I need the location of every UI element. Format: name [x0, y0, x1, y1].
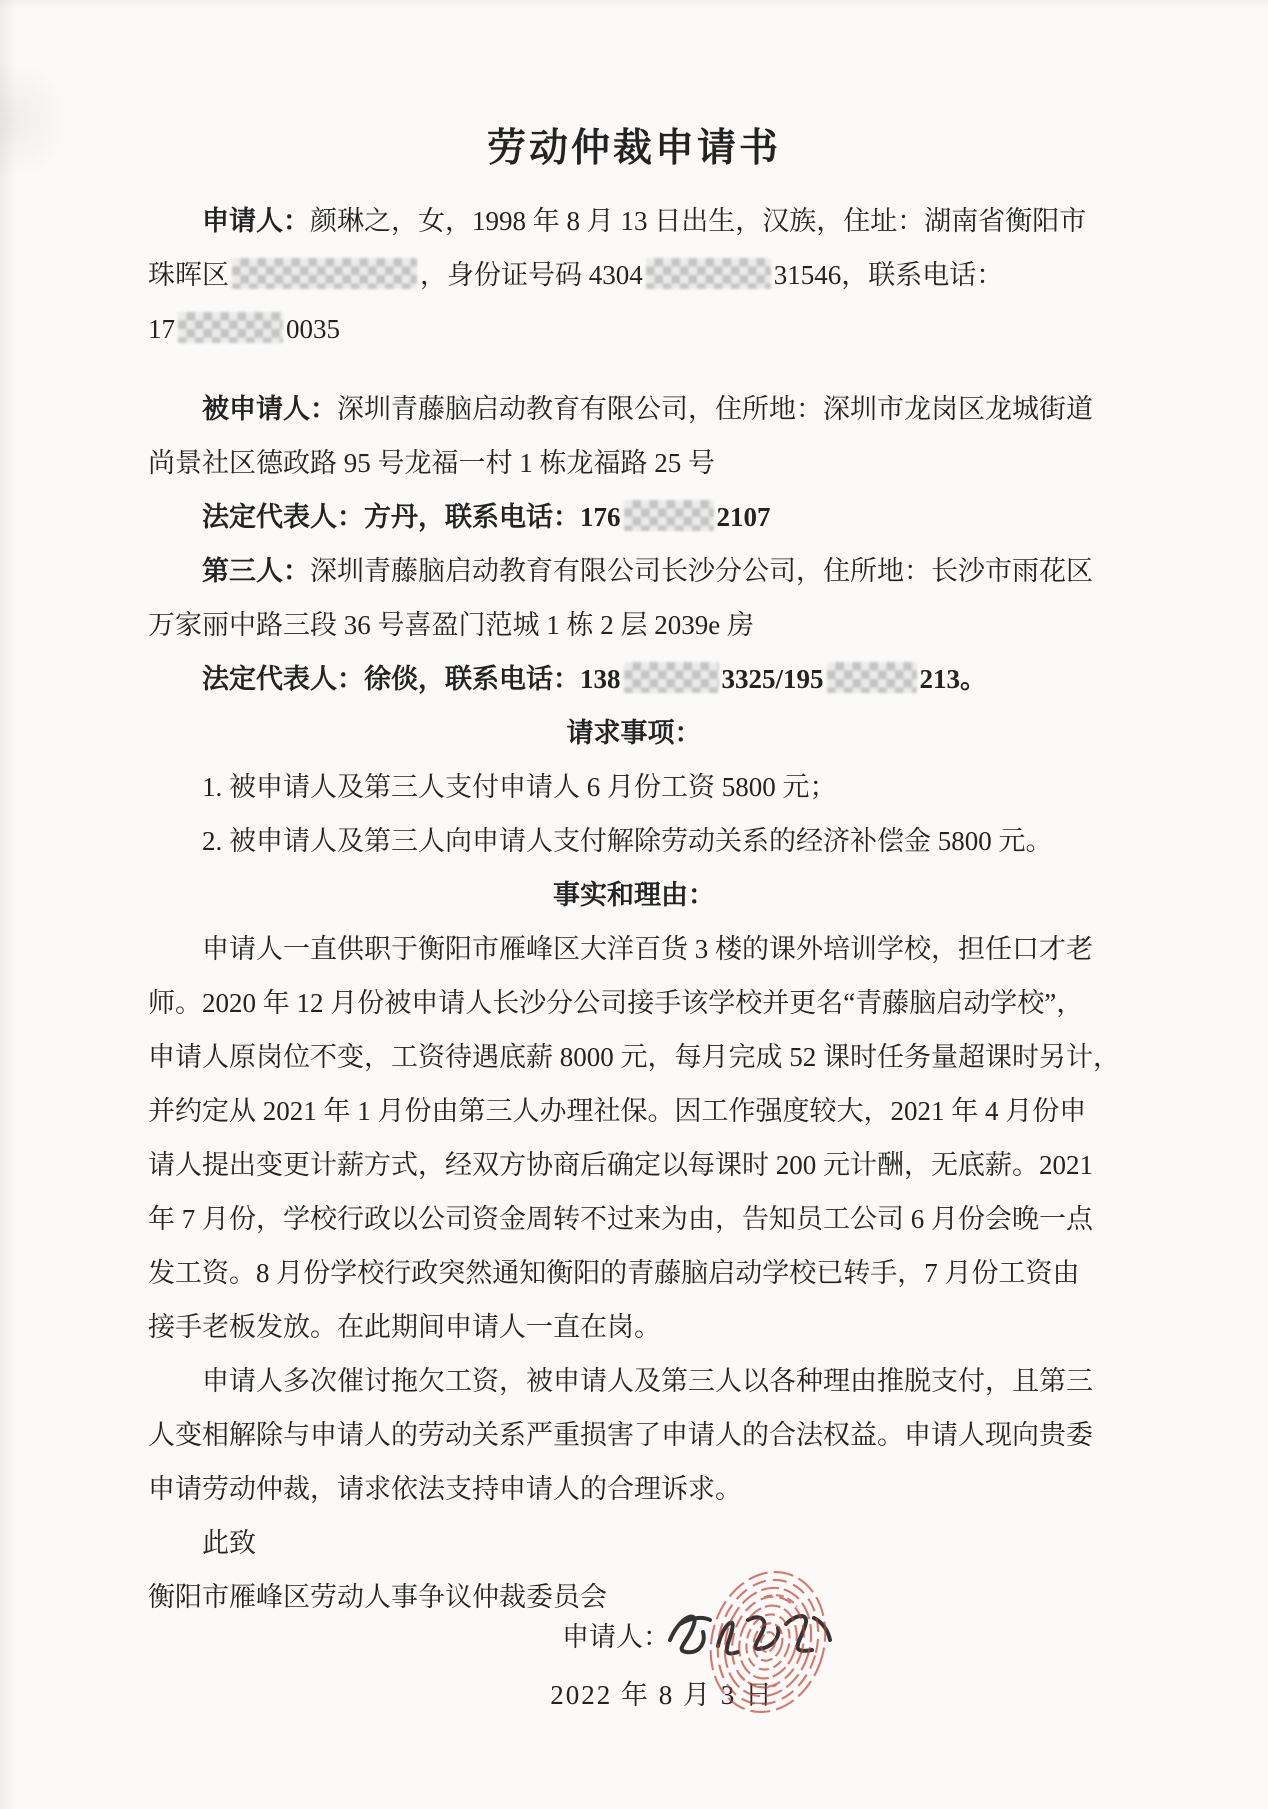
applicant-line-3: 170035 — [148, 302, 1120, 356]
applicant-district: 珠晖区 — [148, 260, 229, 290]
applicant-phone-suffix: 0035 — [286, 314, 340, 344]
facts-p2-line-2: 人变相解除与申请人的劳动关系严重损害了申请人的合法权益。申请人现向贵委 — [148, 1408, 1120, 1462]
applicant-id-prefix: ，身份证号码 4304 — [420, 260, 643, 290]
claim-item-1: 1. 被申请人及第三人支付申请人 6 月份工资 5800 元； — [148, 760, 1120, 814]
facts-p1-line-6: 年 7 月份，学校行政以公司资金周转不过来为由，告知员工公司 6 月份会晚一点 — [148, 1192, 1120, 1246]
respondent-info: 深圳青藤脑启动教育有限公司，住所地：深圳市龙岗区龙城街道 — [337, 394, 1093, 424]
facts-p1-line-5: 请人提出变更计薪方式，经双方协商后确定以每课时 200 元计酬，无底薪。2021 — [148, 1138, 1120, 1192]
third-party-line-2: 万家丽中路三段 36 号喜盈门范城 1 栋 2 层 2039e 房 — [148, 598, 1120, 652]
applicant-label: 申请人： — [202, 206, 310, 236]
third-party-representative-line: 法定代表人：徐倓，联系电话：1383325/195213。 — [148, 652, 1120, 706]
respondent-rep-info: 法定代表人：方丹，联系电话：176 — [202, 502, 621, 532]
facts-p2-line-1: 申请人多次催讨拖欠工资，被申请人及第三人以各种理由推脱支付，且第三 — [148, 1354, 1120, 1408]
third-party-rep-info: 法定代表人：徐倓，联系电话：138 — [202, 664, 621, 694]
signature-line: 申请人： — [148, 1602, 1120, 1667]
claims-heading: 请求事项： — [148, 706, 1120, 760]
redacted-id-block — [646, 258, 771, 289]
redacted-rep-phone-block — [624, 500, 714, 531]
applicant-line-2: 珠晖区，身份证号码 430431546，联系电话： — [148, 248, 1120, 302]
claim-item-2: 2. 被申请人及第三人向申请人支付解除劳动关系的经济补偿金 5800 元。 — [148, 814, 1120, 868]
third-party-info: 深圳青藤脑启动教育有限公司长沙分公司，住所地：长沙市雨花区 — [310, 556, 1093, 586]
applicant-info: 颜琳之，女，1998 年 8 月 13 日出生，汉族，住址：湖南省衡阳市 — [310, 206, 1086, 236]
respondent-label: 被申请人： — [202, 394, 337, 424]
salute-line: 此致 — [148, 1516, 1120, 1570]
facts-p1-line-1: 申请人一直供职于衡阳市雁峰区大洋百货 3 楼的课外培训学校，担任口才老 — [148, 922, 1120, 976]
third-party-rep-phone-mid: 3325/195 — [722, 664, 824, 694]
third-party-label: 第三人： — [202, 556, 310, 586]
respondent-line-1: 被申请人：深圳青藤脑启动教育有限公司，住所地：深圳市龙岗区龙城街道 — [148, 382, 1120, 436]
facts-p1-line-3: 申请人原岗位不变，工资待遇底薪 8000 元，每月完成 52 课时任务量超课时另… — [148, 1030, 1120, 1084]
facts-heading: 事实和理由： — [148, 868, 1120, 922]
signature-area — [670, 1602, 820, 1660]
redacted-rep-phone-block-2 — [827, 662, 917, 693]
facts-p1-line-8: 接手老板发放。在此期间申请人一直在岗。 — [148, 1300, 1120, 1354]
facts-p1-line-4: 并约定从 2021 年 1 月份由第三人办理社保。因工作强度较大，2021 年 … — [148, 1084, 1120, 1138]
applicant-line-1: 申请人：颜琳之，女，1998 年 8 月 13 日出生，汉族，住址：湖南省衡阳市 — [148, 194, 1120, 248]
signer-label: 申请人： — [562, 1622, 670, 1652]
date-line: 2022 年 8 月 3 日 — [148, 1667, 1120, 1723]
handwritten-signature — [670, 1616, 830, 1654]
third-party-rep-phone-suffix: 213。 — [920, 664, 988, 694]
page-title: 劳动仲裁申请书 — [148, 118, 1120, 180]
third-party-line-1: 第三人：深圳青藤脑启动教育有限公司长沙分公司，住所地：长沙市雨花区 — [148, 544, 1120, 598]
redacted-address-block — [232, 258, 417, 289]
document-page: 劳动仲裁申请书 申请人：颜琳之，女，1998 年 8 月 13 日出生，汉族，住… — [0, 0, 1268, 1809]
redacted-phone-block — [178, 312, 283, 343]
facts-p2-line-3: 申请劳动仲裁，请求依法支持申请人的合理诉求。 — [148, 1462, 1120, 1516]
facts-p1-line-7: 发工资。8 月份学校行政突然通知衡阳的青藤脑启动学校已转手，7 月份工资由 — [148, 1246, 1120, 1300]
document-content: 劳动仲裁申请书 申请人：颜琳之，女，1998 年 8 月 13 日出生，汉族，住… — [0, 0, 1268, 1723]
redacted-rep-phone-block-1 — [624, 662, 719, 693]
facts-p1-line-2: 师。2020 年 12 月份被申请人长沙分公司接手该学校并更名“青藤脑启动学校”… — [148, 976, 1120, 1030]
respondent-line-2: 尚景社区德政路 95 号龙福一村 1 栋龙福路 25 号 — [148, 436, 1120, 490]
respondent-rep-phone-suffix: 2107 — [717, 502, 771, 532]
applicant-phone-prefix: 17 — [148, 314, 175, 344]
applicant-id-suffix: 31546，联系电话： — [774, 260, 1004, 290]
respondent-representative-line: 法定代表人：方丹，联系电话：1762107 — [148, 490, 1120, 544]
